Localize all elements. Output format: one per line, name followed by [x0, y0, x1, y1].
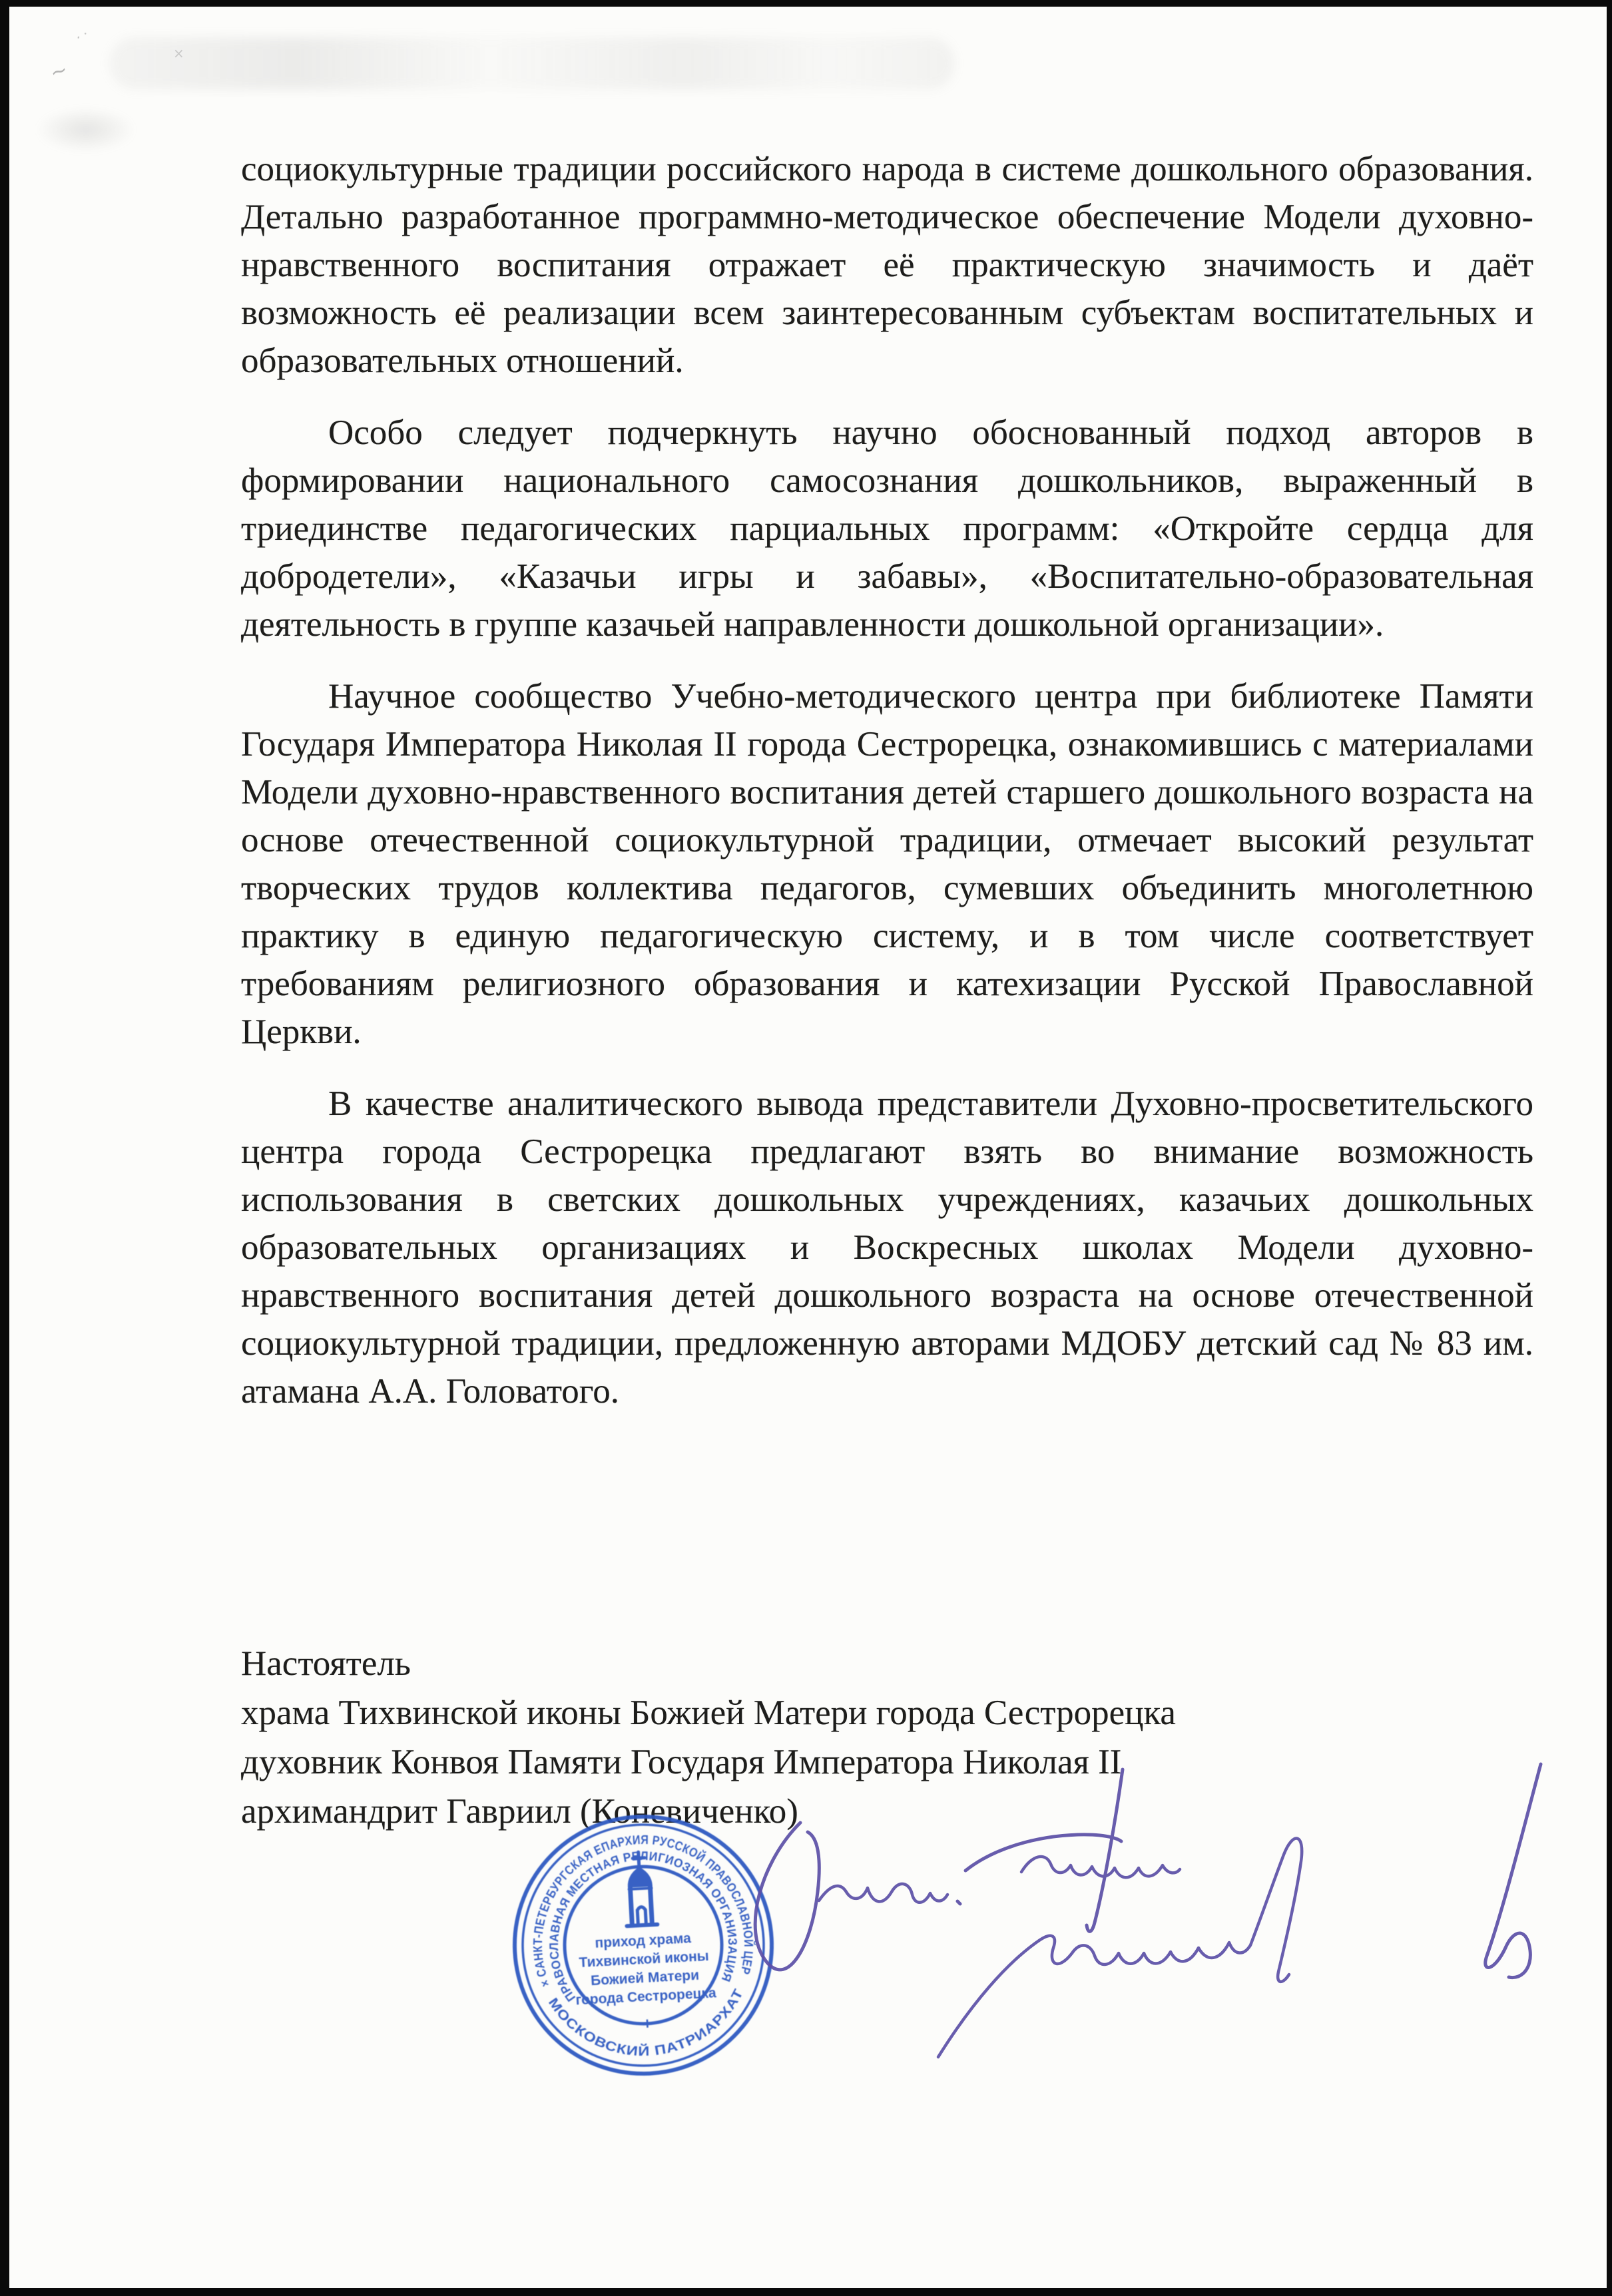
signature-stroke [938, 1839, 1302, 2057]
signature-stroke [965, 1835, 1121, 1871]
letter-body: социокультурные традиции российского нар… [241, 145, 1533, 1415]
paragraph: В качестве аналитического вывода предста… [241, 1080, 1533, 1415]
signature-stroke [1485, 1764, 1541, 1978]
signature-svg [675, 1711, 1612, 2150]
pencil-mark: ·˙ [75, 29, 90, 48]
paragraph: Научное сообщество Учебно-методического … [241, 672, 1533, 1056]
handwritten-signature [675, 1711, 1612, 2150]
signer-title: Настоятель [241, 1639, 1533, 1688]
signature-stroke [1021, 1857, 1180, 1877]
paragraph: социокультурные традиции российского нар… [241, 145, 1533, 385]
pencil-mark: × [173, 45, 184, 61]
signature-stroke [1087, 1769, 1123, 1931]
scan-smudge-blob [36, 107, 136, 153]
paragraph: Особо следует подчеркнуть научно обоснов… [241, 409, 1533, 648]
signature-stroke [755, 1823, 819, 1970]
scan-ghost-smudge [109, 37, 955, 89]
document-page: ∼ ·˙ × социокультурные традиции российск… [9, 7, 1607, 2288]
signature-stroke [957, 1901, 960, 1904]
pencil-mark: ∼ [47, 58, 71, 85]
stamp-middle-ring-bottom-cross: + [642, 2014, 652, 2033]
signature-stroke [819, 1884, 947, 1903]
scan-border: ∼ ·˙ × социокультурные традиции российск… [0, 0, 1612, 2296]
